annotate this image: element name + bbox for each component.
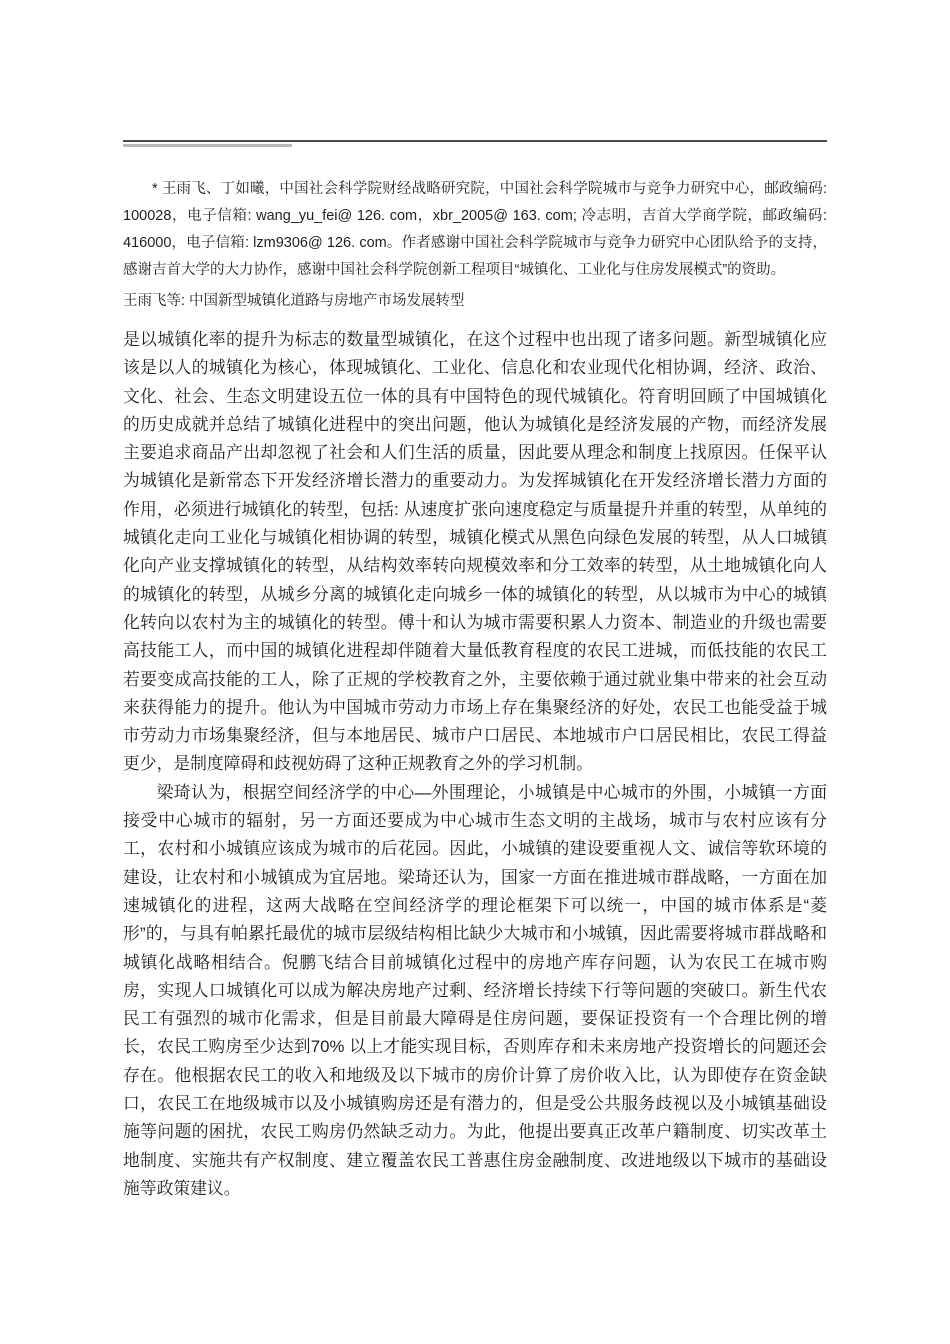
body-paragraph-continuation: 是以城镇化率的提升为标志的数量型城镇化，在这个过程中也出现了诸多问题。新型城镇化…: [123, 326, 827, 779]
header-rule: [123, 140, 827, 142]
body-paragraph-second: 梁琦认为，根据空间经济学的中心—外围理论，小城镇是中心城市的外围，小城镇一方面接…: [123, 779, 827, 1203]
footnote-separator: [123, 144, 292, 147]
running-head: 王雨飞等: 中国新型城镇化道路与房地产市场发展转型: [123, 291, 827, 311]
footnote-text: * 王雨飞、丁如曦，中国社会科学院财经战略研究院，中国社会科学院城市与竞争力研究…: [123, 176, 827, 284]
document-page: * 王雨飞、丁如曦，中国社会科学院财经战略研究院，中国社会科学院城市与竞争力研究…: [0, 0, 950, 1344]
article-body: 是以城镇化率的提升为标志的数量型城镇化，在这个过程中也出现了诸多问题。新型城镇化…: [123, 326, 827, 1203]
